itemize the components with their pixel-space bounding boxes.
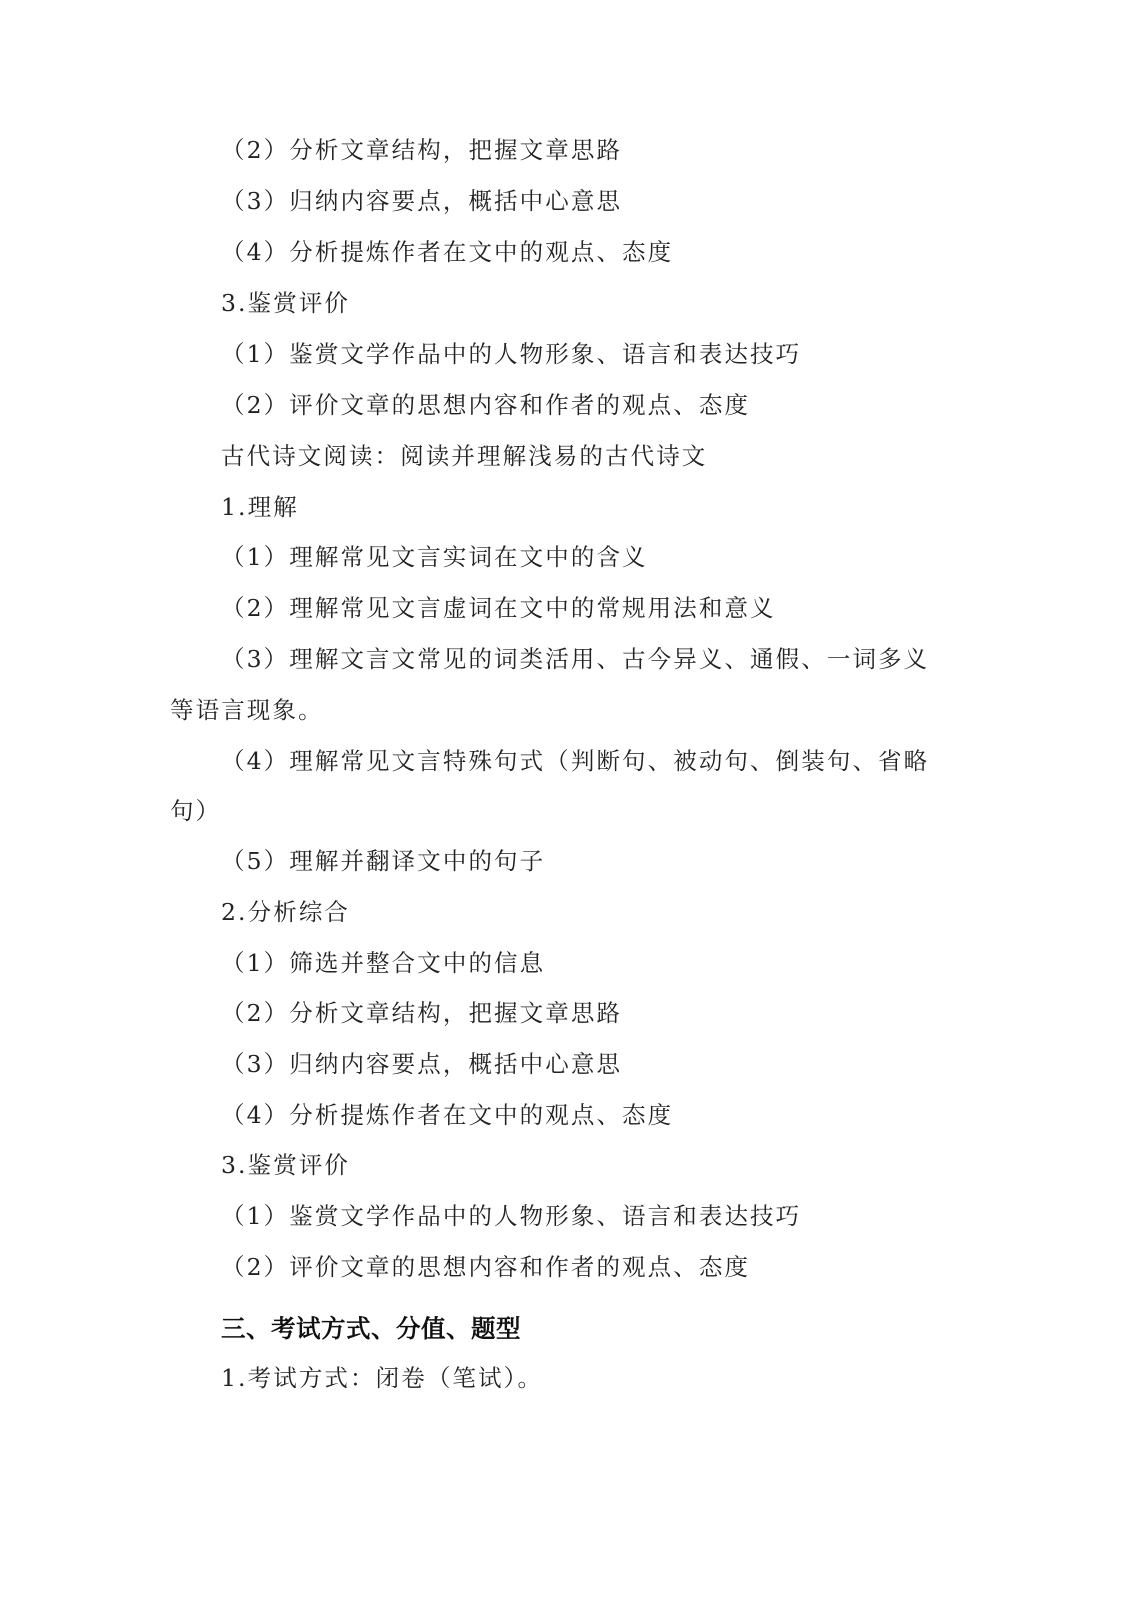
subheading-analysis: 2.分析综合 [221, 897, 996, 927]
list-item-evaluate-content-2: （2）评价文章的思想内容和作者的观点、态度 [221, 1252, 996, 1282]
list-item-appreciate-literature-2: （1）鉴赏文学作品中的人物形象、语言和表达技巧 [221, 1201, 996, 1231]
list-item-translate: （5）理解并翻译文中的句子 [221, 846, 996, 876]
list-item-function-words: （2）理解常见文言虚词在文中的常规用法和意义 [221, 593, 996, 623]
subheading-understanding: 1.理解 [221, 492, 996, 522]
list-item-author-views: （4）分析提炼作者在文中的观点、态度 [221, 237, 996, 267]
list-item-content-words: （1）理解常见文言实词在文中的含义 [221, 542, 996, 572]
list-item-language-phenomena: （3）理解文言文常见的词类活用、古今异义、通假、一词多义 [221, 644, 996, 674]
subheading-appreciation: 3.鉴赏评价 [221, 288, 996, 318]
list-item-sentence-patterns: （4）理解常见文言特殊句式（判断句、被动句、倒装句、省略 [221, 746, 996, 776]
list-item-summarize-points: （3）归纳内容要点，概括中心意思 [221, 186, 996, 216]
subheading-appreciation-2: 3.鉴赏评价 [221, 1150, 996, 1180]
list-item-appreciate-literature: （1）鉴赏文学作品中的人物形象、语言和表达技巧 [221, 339, 996, 369]
document-page: （2）分析文章结构，把握文章思路 （3）归纳内容要点，概括中心意思 （4）分析提… [0, 0, 1131, 1600]
list-item-filter-info: （1）筛选并整合文中的信息 [221, 948, 996, 978]
list-item-author-views-2: （4）分析提炼作者在文中的观点、态度 [221, 1100, 996, 1130]
section-heading-exam-format: 三、考试方式、分值、题型 [221, 1313, 521, 1345]
list-item-analyze-structure: （2）分析文章结构，把握文章思路 [221, 135, 996, 165]
exam-method-line: 1.考试方式：闭卷（笔试）。 [221, 1363, 996, 1393]
list-item-evaluate-content: （2）评价文章的思想内容和作者的观点、态度 [221, 390, 996, 420]
paragraph-classical-reading: 古代诗文阅读：阅读并理解浅易的古代诗文 [221, 441, 996, 471]
list-item-sentence-patterns-cont: 句） [170, 796, 945, 826]
list-item-summarize-points-2: （3）归纳内容要点，概括中心意思 [221, 1049, 996, 1079]
list-item-language-phenomena-cont: 等语言现象。 [170, 695, 945, 725]
list-item-analyze-structure-2: （2）分析文章结构，把握文章思路 [221, 998, 996, 1028]
